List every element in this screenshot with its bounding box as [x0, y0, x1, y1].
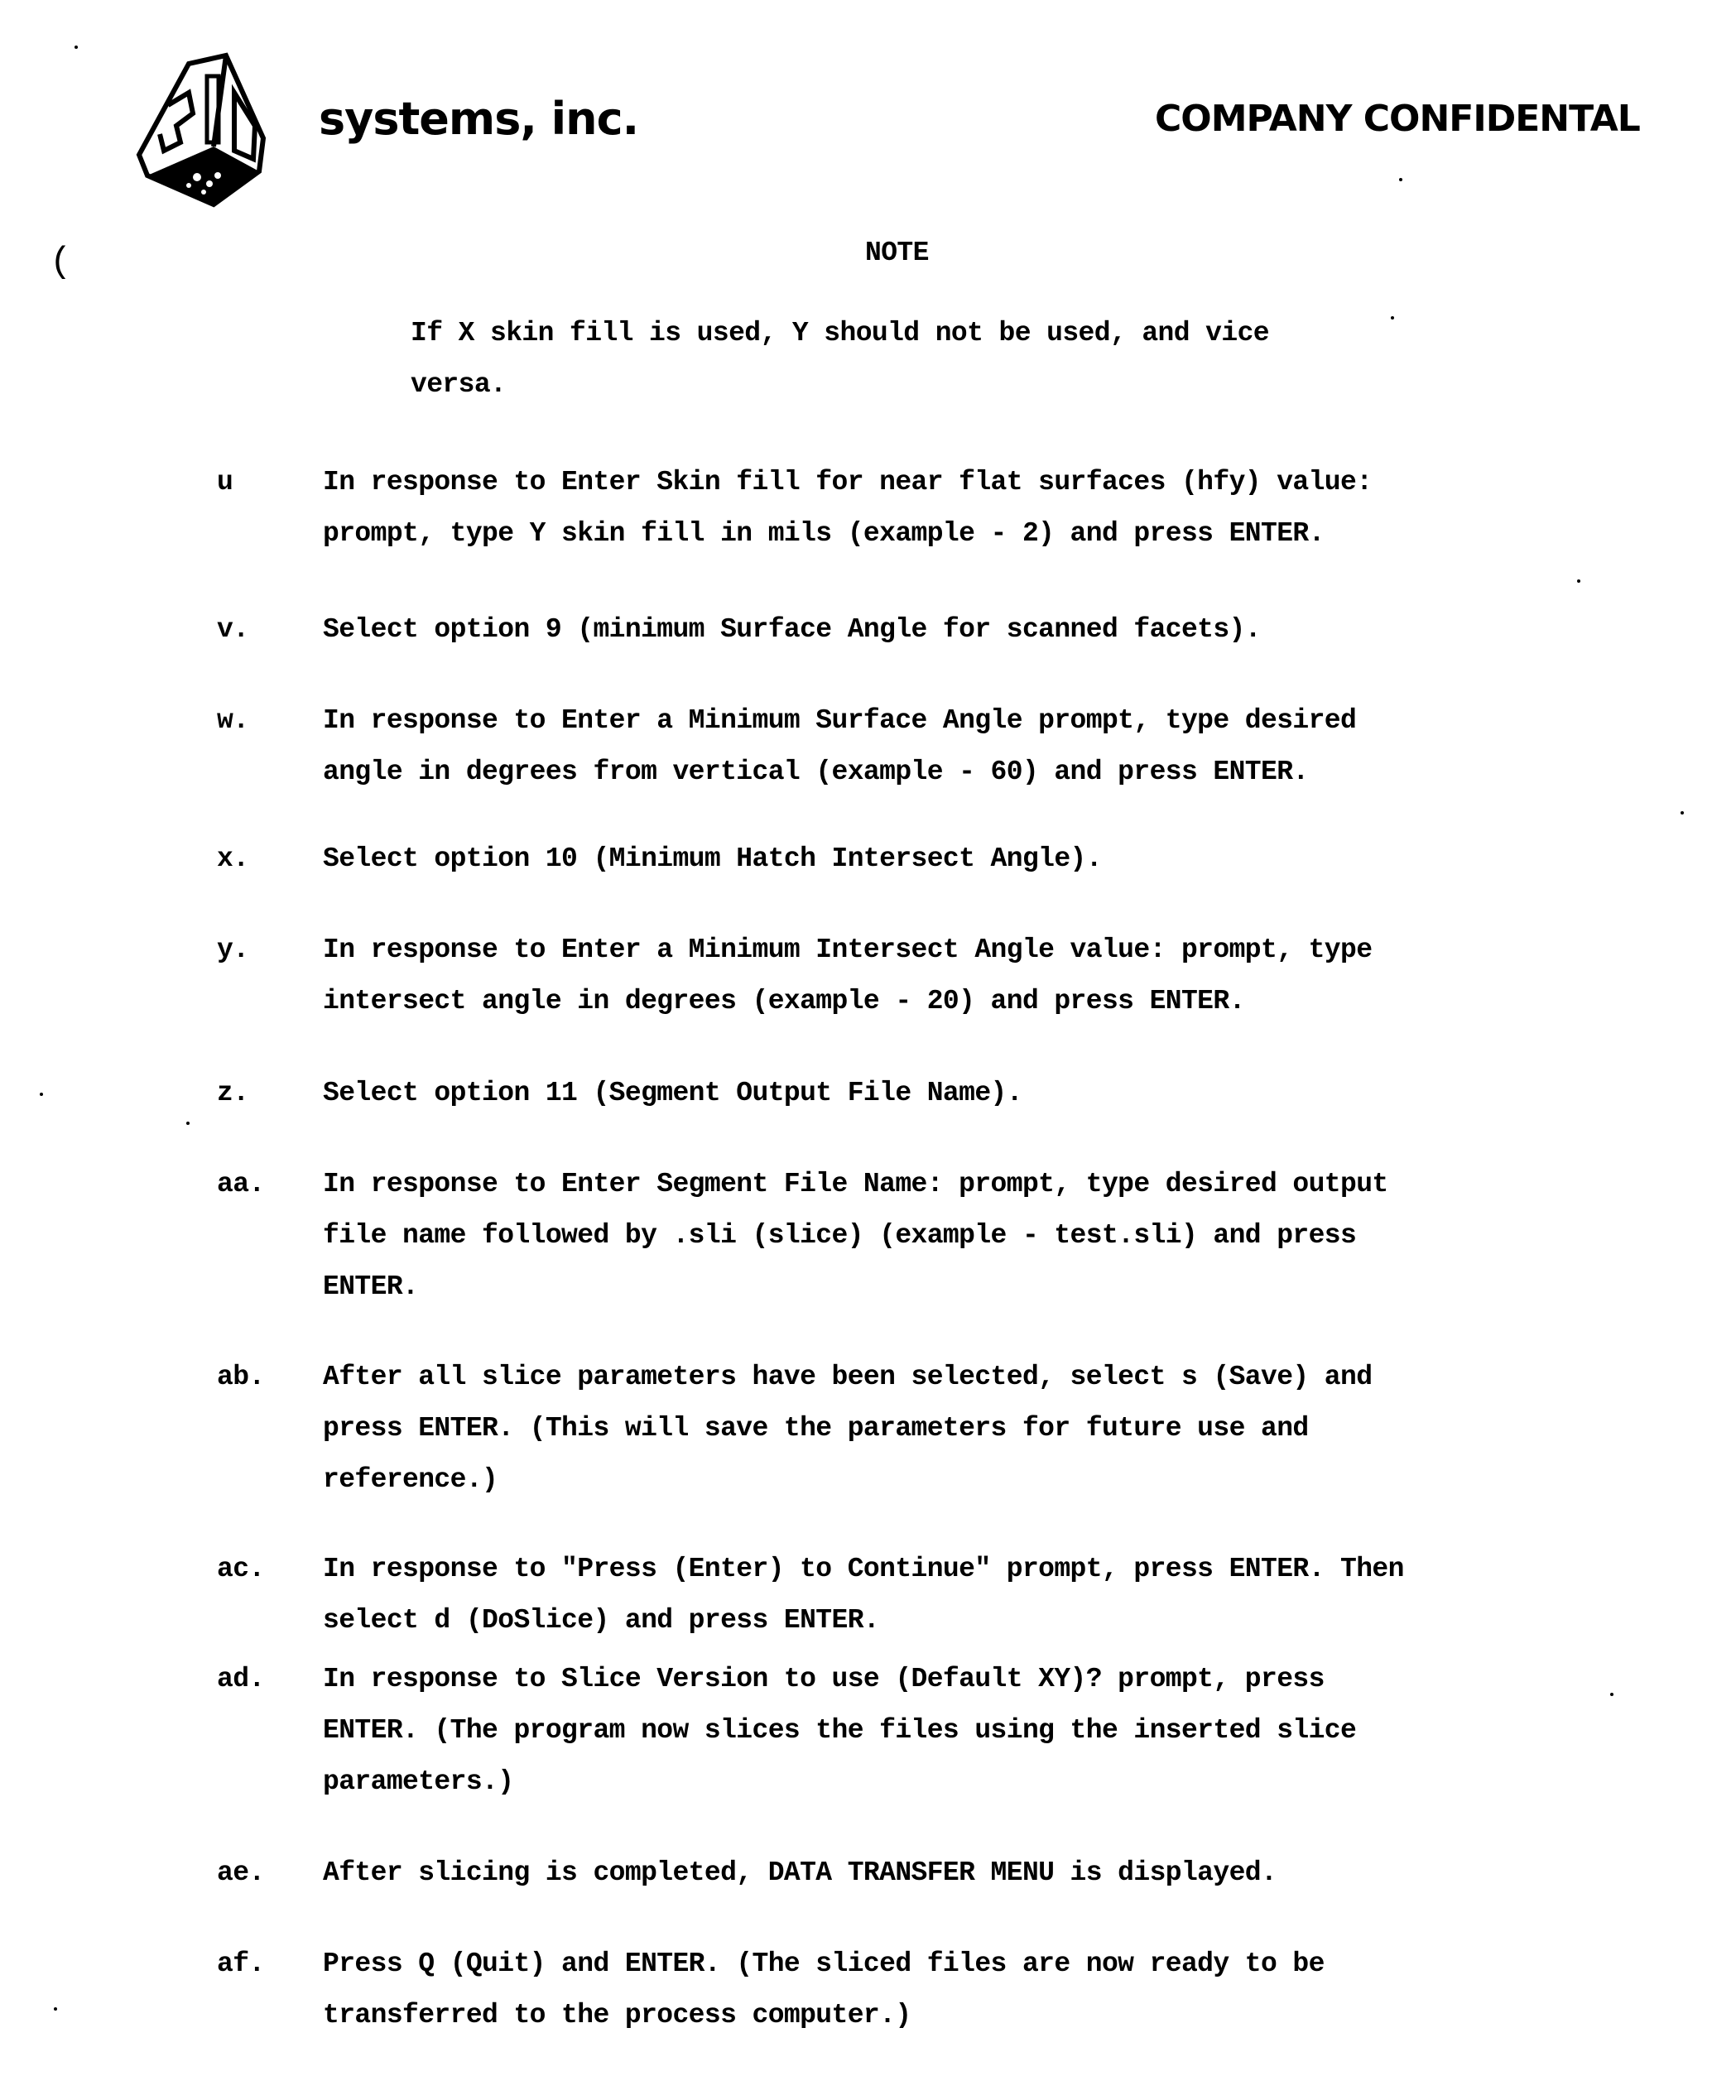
step-text: Select option 11 (Segment Output File Na…	[323, 1068, 1565, 1119]
company-name: systems, inc.	[319, 93, 638, 145]
note-body: If X skin fill is used, Y should not be …	[411, 308, 1404, 411]
step-marker: ab.	[217, 1352, 316, 1403]
scan-mark: (	[50, 242, 71, 283]
step-marker: u	[217, 457, 316, 508]
step-text: After all slice parameters have been sel…	[323, 1352, 1565, 1506]
step-marker: z.	[217, 1068, 316, 1119]
step-marker: ae.	[217, 1848, 316, 1899]
step-text: Select option 10 (Minimum Hatch Intersec…	[323, 834, 1565, 885]
step-text: In response to Enter Segment File Name: …	[323, 1159, 1565, 1313]
note-title: NOTE	[865, 228, 929, 279]
step-marker: ac.	[217, 1544, 316, 1595]
step-text: After slicing is completed, DATA TRANSFE…	[323, 1848, 1565, 1899]
company-logo-icon	[131, 43, 309, 209]
step-marker: af.	[217, 1939, 316, 1990]
confidentiality-label: COMPANY CONFIDENTAL	[1155, 98, 1640, 140]
step-marker: ad.	[217, 1654, 316, 1705]
step-marker: w.	[217, 695, 316, 747]
step-text: In response to "Press (Enter) to Continu…	[323, 1544, 1565, 1646]
step-text: In response to Slice Version to use (Def…	[323, 1654, 1565, 1808]
step-marker: aa.	[217, 1159, 316, 1210]
step-text: In response to Enter Skin fill for near …	[323, 457, 1565, 560]
step-text: In response to Enter a Minimum Surface A…	[323, 695, 1565, 798]
step-text: Press Q (Quit) and ENTER. (The sliced fi…	[323, 1939, 1565, 2041]
step-text: In response to Enter a Minimum Intersect…	[323, 925, 1565, 1027]
step-marker: y.	[217, 925, 316, 976]
step-text: Select option 9 (minimum Surface Angle f…	[323, 604, 1565, 656]
step-marker: v.	[217, 604, 316, 656]
step-marker: x.	[217, 834, 316, 885]
